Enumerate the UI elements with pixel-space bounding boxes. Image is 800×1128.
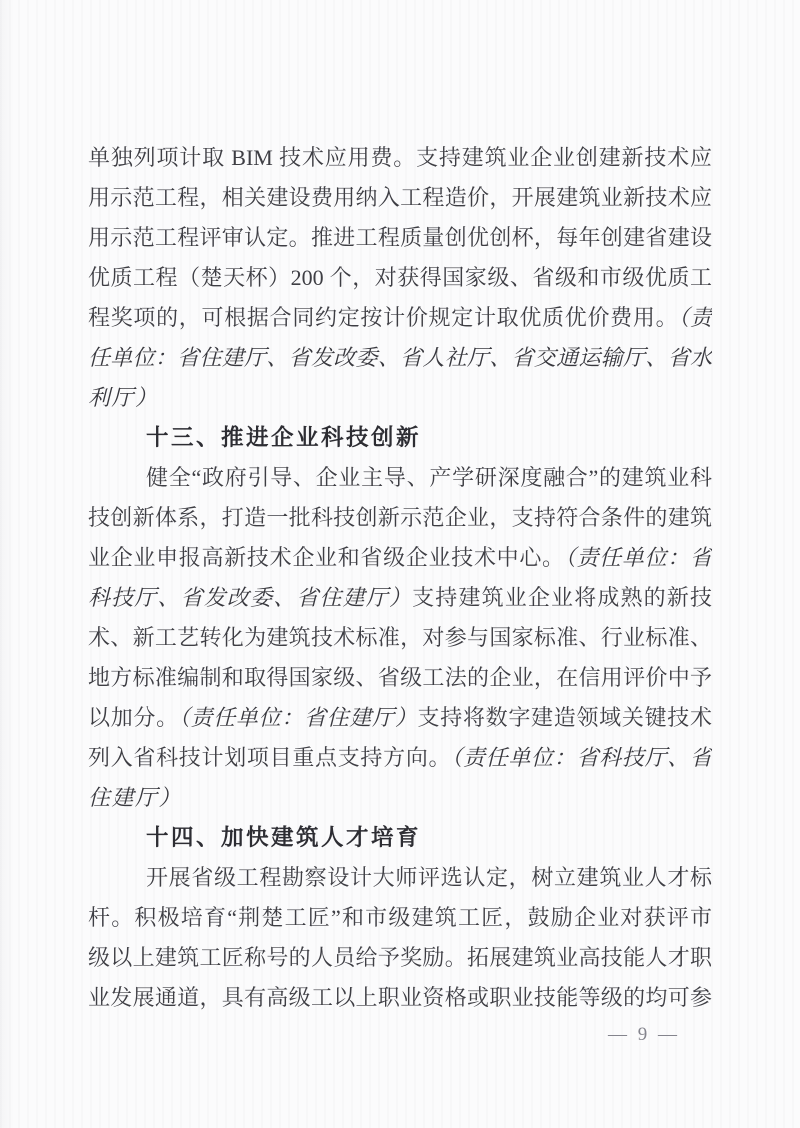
responsibility-unit-text: 利厅）: [88, 385, 159, 410]
responsibility-unit-text: （责任单位：省: [565, 545, 712, 570]
responsibility-unit-text: 科技厅、省发改委、省住建厅）: [88, 585, 412, 610]
scanned-document-page: { "document": { "language": "zh-CN", "te…: [0, 0, 800, 1128]
body-text: 健全“政府引导、企业主导、产学研深度融合”的建筑业科: [146, 465, 712, 490]
body-text: 以加分。: [88, 705, 179, 730]
responsibility-unit-text: （责: [678, 305, 712, 330]
body-text: 用示范工程，相关建设费用纳入工程造价，开展建筑业新技术应: [88, 185, 712, 210]
text-line: 开展省级工程勘察设计大师评选认定，树立建筑业人才标: [88, 858, 712, 898]
text-line: 单独列项计取 BIM 技术应用费。支持建筑业企业创建新技术应: [88, 138, 712, 178]
responsibility-unit-text: 任单位：省住建厅、省发改委、省人社厅、省交通运输厅、省水: [88, 345, 712, 370]
body-text: 列入省科技计划项目重点支持方向。: [88, 745, 451, 770]
text-line: 术、新工艺转化为建筑技术标准，对参与国家标准、行业标准、: [88, 618, 712, 658]
text-line: 任单位：省住建厅、省发改委、省人社厅、省交通运输厅、省水: [88, 338, 712, 378]
page-number: — 9 —: [608, 1021, 680, 1049]
text-line: 业企业申报高新技术企业和省级企业技术中心。（责任单位：省: [88, 538, 712, 578]
body-text: 开展省级工程勘察设计大师评选认定，树立建筑业人才标: [146, 865, 712, 890]
text-line: 科技厅、省发改委、省住建厅）支持建筑业企业将成熟的新技: [88, 578, 712, 618]
body-text: 十四、加快建筑人才培育: [146, 825, 421, 850]
body-text: 单独列项计取 BIM 技术应用费。支持建筑业企业创建新技术应: [88, 145, 712, 170]
text-line: 用示范工程评审认定。推进工程质量创优创杯，每年创建省建设: [88, 218, 712, 258]
body-text: 用示范工程评审认定。推进工程质量创优创杯，每年创建省建设: [88, 225, 712, 250]
body-text: 杆。积极培育“荆楚工匠”和市级建筑工匠，鼓励企业对获评市: [88, 905, 712, 930]
body-text: 支持建筑业企业将成熟的新技: [412, 585, 712, 610]
body-text: 级以上建筑工匠称号的人员给予奖励。拓展建筑业高技能人才职: [88, 945, 712, 970]
body-text: 术、新工艺转化为建筑技术标准，对参与国家标准、行业标准、: [88, 625, 712, 650]
text-line: 业发展通道，具有高级工以上职业资格或职业技能等级的均可参: [88, 978, 712, 1018]
text-line: 住建厅）: [88, 778, 712, 818]
body-text: 业发展通道，具有高级工以上职业资格或职业技能等级的均可参: [88, 985, 712, 1010]
text-line: 列入省科技计划项目重点支持方向。（责任单位：省科技厅、省: [88, 738, 712, 778]
body-text: 优质工程（楚天杯）200 个，对获得国家级、省级和市级优质工: [88, 265, 712, 290]
text-line: 健全“政府引导、企业主导、产学研深度融合”的建筑业科: [88, 458, 712, 498]
text-line: 用示范工程，相关建设费用纳入工程造价，开展建筑业新技术应: [88, 178, 712, 218]
body-text: 支持将数字建造领域关键技术: [418, 705, 712, 730]
body-text: 程奖项的，可根据合同约定按计价规定计取优质优价费用。: [88, 305, 678, 330]
document-body: 单独列项计取 BIM 技术应用费。支持建筑业企业创建新技术应用示范工程，相关建设…: [88, 138, 712, 1018]
section-heading: 十四、加快建筑人才培育: [88, 818, 712, 858]
responsibility-unit-text: 住建厅）: [88, 785, 182, 810]
body-text: 业企业申报高新技术企业和省级企业技术中心。: [88, 545, 565, 570]
text-line: 技创新体系，打造一批科技创新示范企业，支持符合条件的建筑: [88, 498, 712, 538]
body-text: 技创新体系，打造一批科技创新示范企业，支持符合条件的建筑: [88, 505, 712, 530]
section-heading: 十三、推进企业科技创新: [88, 418, 712, 458]
body-text: 十三、推进企业科技创新: [146, 425, 421, 450]
responsibility-unit-text: （责任单位：省住建厅）: [179, 705, 418, 730]
responsibility-unit-text: （责任单位：省科技厅、省: [451, 745, 712, 770]
text-line: 地方标准编制和取得国家级、省级工法的企业，在信用评价中予: [88, 658, 712, 698]
text-line: 程奖项的，可根据合同约定按计价规定计取优质优价费用。（责: [88, 298, 712, 338]
text-line: 优质工程（楚天杯）200 个，对获得国家级、省级和市级优质工: [88, 258, 712, 298]
text-line: 以加分。（责任单位：省住建厅）支持将数字建造领域关键技术: [88, 698, 712, 738]
text-line: 利厅）: [88, 378, 712, 418]
text-line: 杆。积极培育“荆楚工匠”和市级建筑工匠，鼓励企业对获评市: [88, 898, 712, 938]
text-line: 级以上建筑工匠称号的人员给予奖励。拓展建筑业高技能人才职: [88, 938, 712, 978]
body-text: 地方标准编制和取得国家级、省级工法的企业，在信用评价中予: [88, 665, 712, 690]
